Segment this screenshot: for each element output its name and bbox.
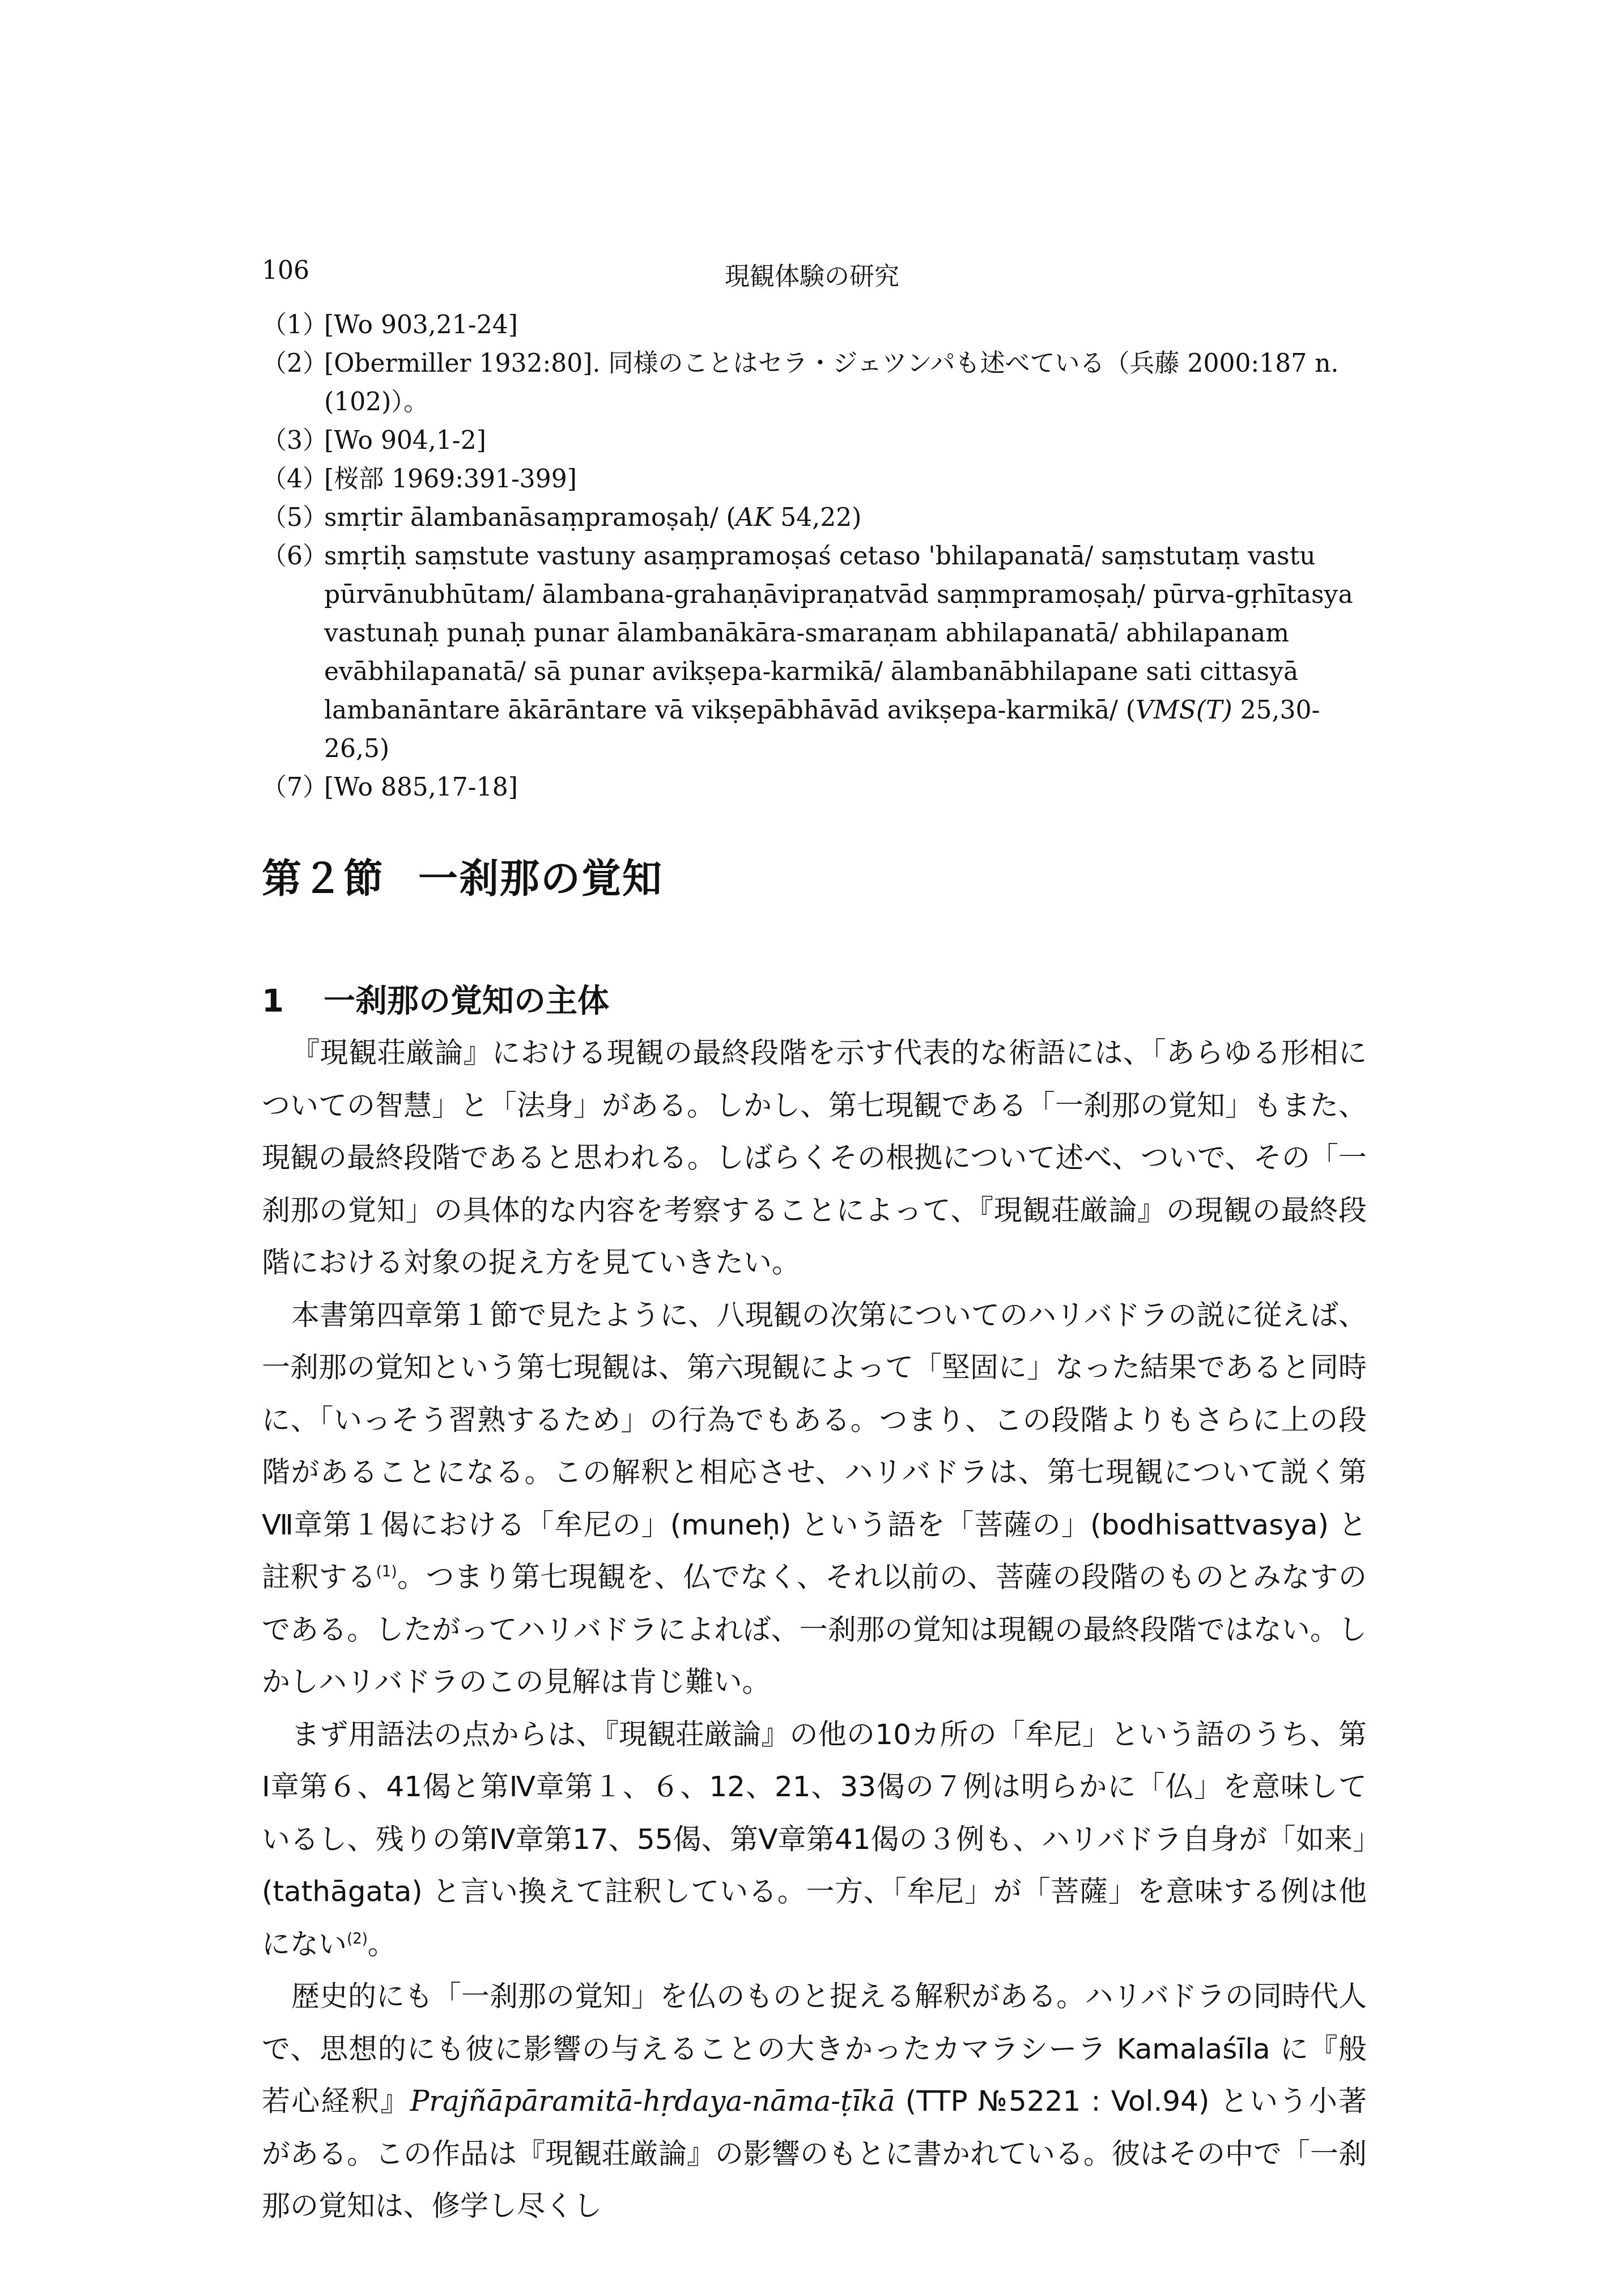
footnote-4: （4）[桜部 1969:391-399] <box>262 460 1384 499</box>
footnote-tail: 54,22) <box>772 503 861 532</box>
paragraph-text: 本書第四章第１節で見たように、八現観の次第についてのハリバドラの説に従えば、一刹… <box>262 1299 1367 1594</box>
section-heading: 第２節一刹那の覚知 <box>262 847 663 904</box>
footnote-number: （1） <box>262 306 328 345</box>
footnote-number: （3） <box>262 422 328 460</box>
footnote-3: （3）[Wo 904,1-2] <box>262 422 1384 460</box>
footnote-text: [Wo 885,17-18] <box>324 773 518 802</box>
paragraph-4: 歴史的にも「一刹那の覚知」を仏のものと捉える解釈がある。ハリバドラの同時代人で、… <box>262 1970 1367 2233</box>
work-title-italic: Prajñāpāramitā-hṛdaya-nāma-ṭīkā <box>410 2085 895 2118</box>
note-ref: (1) <box>376 1563 397 1580</box>
footnote-5: （5）smṛtir ālambanāsaṃpramoṣaḥ/ (AK 54,22… <box>262 499 1384 537</box>
note-ref: (2) <box>347 1931 368 1948</box>
footnote-number: （5） <box>262 499 328 537</box>
footnote-number: （6） <box>262 537 328 576</box>
subsection-heading: 1一刹那の覚知の主体 <box>262 976 609 1021</box>
section-number: 第２節 <box>262 856 384 902</box>
footnote-2: （2）[Obermiller 1932:80]. 同様のことはセラ・ジェツンパも… <box>262 345 1384 422</box>
footnotes: （1）[Wo 903,21-24] （2）[Obermiller 1932:80… <box>262 306 1384 807</box>
footnote-text: [Wo 903,21-24] <box>324 311 518 339</box>
footnote-7: （7）[Wo 885,17-18] <box>262 768 1384 807</box>
section-title: 一刹那の覚知 <box>418 856 663 902</box>
footnote-number: （2） <box>262 345 328 383</box>
subsection-title: 一刹那の覚知の主体 <box>324 983 609 1019</box>
footnote-text: [Wo 904,1-2] <box>324 426 486 455</box>
paragraph-text: まず用語法の点からは、『現観荘厳論』の他の10カ所の「牟尼」という語のうち、第Ⅰ… <box>262 1718 1367 1961</box>
footnote-6: （6）smṛtiḥ saṃstute vastuny asaṃpramoṣaś … <box>262 537 1384 768</box>
footnote-number: （4） <box>262 460 328 499</box>
running-title: 現観体験の研究 <box>0 256 1624 292</box>
footnote-number: （7） <box>262 768 328 807</box>
paragraph-tail: 。 <box>368 1928 396 1961</box>
footnote-italic: AK <box>736 503 773 532</box>
paragraph-3: まず用語法の点からは、『現観荘厳論』の他の10カ所の「牟尼」という語のうち、第Ⅰ… <box>262 1708 1367 1971</box>
paragraph-1: 『現観荘厳論』における現観の最終段階を示す代表的な術語には、「あらゆる形相につい… <box>262 1027 1367 1289</box>
footnote-text: [Obermiller 1932:80]. 同様のことはセラ・ジェツンパも述べて… <box>324 349 1339 416</box>
footnote-italic: VMS(T) <box>1136 696 1232 725</box>
paragraph-2: 本書第四章第１節で見たように、八現観の次第についてのハリバドラの説に従えば、一刹… <box>262 1289 1367 1708</box>
paragraph-tail: 。つまり第七現観を、仏でなく、それ以前の、菩薩の段階のものとみなすのである。した… <box>262 1561 1367 1698</box>
footnote-text: smṛtir ālambanāsaṃpramoṣaḥ/ ( <box>324 503 736 532</box>
footnote-1: （1）[Wo 903,21-24] <box>262 306 1384 345</box>
paragraph-text: 『現観荘厳論』における現観の最終段階を示す代表的な術語には、「あらゆる形相につい… <box>262 1036 1367 1279</box>
subsection-number: 1 <box>262 983 284 1019</box>
footnote-text: [桜部 1969:391-399] <box>324 465 577 494</box>
body-text: 『現観荘厳論』における現観の最終段階を示す代表的な術語には、「あらゆる形相につい… <box>262 1027 1367 2233</box>
